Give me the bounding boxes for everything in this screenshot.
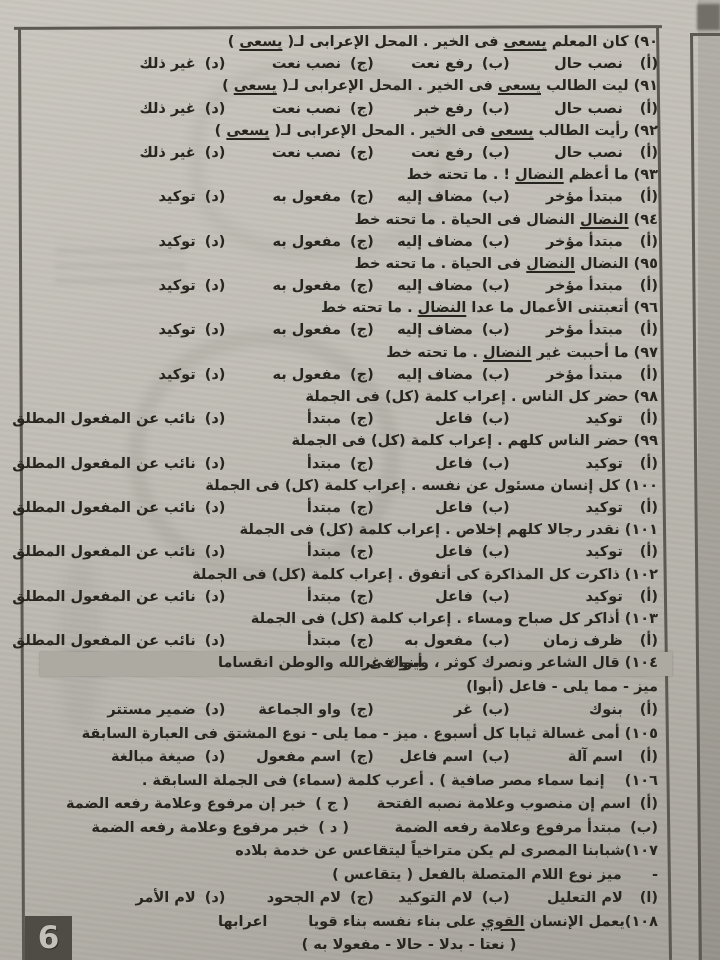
option-marker: (د): [205, 702, 226, 718]
option-label: نائب عن المفعول المطلق: [12, 633, 195, 649]
option-label: لام الجحود: [267, 890, 341, 906]
option-label: رفع خبر: [415, 101, 473, 117]
option: (د)صيغة مبالغة: [40, 746, 225, 770]
page-edge-shadow: [698, 0, 720, 960]
scan-corner-artifact: [697, 4, 720, 30]
option: (أ)مبتدأ مؤخر: [510, 231, 658, 253]
question-block: ١٠٧)شبابنا المصرى لم يكن متراخياً ليتقاع…: [40, 840, 658, 911]
option: (أ)بنوك: [510, 699, 658, 723]
option-label: مضاف إليه: [397, 322, 473, 338]
option-marker: (د): [205, 234, 226, 250]
option-label: اسم آلة: [568, 749, 623, 765]
option-label: واو الجماعة: [258, 702, 341, 718]
question-block: ٩٢) رأيت الطالب يسعى فى الخير . المحل ال…: [40, 120, 658, 164]
option: (أ)مبتدأ مؤخر: [510, 319, 658, 341]
question-block: ٩٩) حضر الناس كلهم . إعراب كلمة (كل) فى …: [40, 430, 658, 474]
option-marker: (أ): [640, 145, 658, 161]
option-label: غر: [454, 702, 473, 718]
question-text: ١٠٣) أذاكر كل صباح ومساء . إعراب كلمة (ك…: [40, 608, 658, 630]
option: (د)غير ذلك: [40, 142, 225, 164]
option-label: مبتدأ: [307, 456, 341, 472]
options-row: (أ)نصب حال(ب)رفع خبر(ج)نصب نعت(د)غير ذلك: [40, 98, 658, 120]
option-marker: (ب): [482, 145, 510, 161]
option-label: توكيد: [586, 456, 623, 472]
options-row: (ا)لام التعليل(ب)لام التوكيد(ج)لام الجحو…: [40, 887, 658, 911]
option: (أ)مبتدأ مؤخر: [510, 275, 658, 297]
option-label: مفعول به: [272, 234, 341, 250]
option-marker: (ب): [482, 633, 510, 649]
question-block: ١٠١) نقدر رجالا كلهم إخلاص . إعراب كلمة …: [40, 519, 658, 563]
option-marker: (د): [205, 145, 226, 161]
question-block: ٩١) ليت الطالب يسعى فى الخير . المحل الإ…: [40, 75, 658, 119]
option-label: لام التعليل: [547, 890, 623, 906]
option-marker: (ج): [350, 456, 374, 472]
option-label: مفعول به: [272, 322, 341, 338]
option: (ا)لام التعليل: [510, 887, 658, 911]
option: (ب)مفعول به: [374, 630, 510, 652]
option: (ب)فاعل: [374, 586, 510, 608]
option-marker: (ج): [350, 189, 374, 205]
option-marker: (ج): [350, 544, 374, 560]
option-marker: (أ): [640, 544, 658, 560]
option-marker: (د): [205, 500, 226, 516]
option-marker: (د): [205, 101, 226, 117]
scanned-exam-page: ٩٠) كان المعلم يسعى فى الخير . المحل الإ…: [0, 0, 720, 960]
question-block: ٩٧) ما أحببت غير النضال . ما تحته خط(أ)م…: [40, 342, 658, 386]
options-row: (أ)بنوك(ب)غر(ج)واو الجماعة(د)ضمير مستتر: [40, 699, 658, 723]
option-label: توكيد: [158, 322, 195, 338]
option: (ج)لام الجحود: [225, 887, 373, 911]
option-label: مبتدأ: [307, 500, 341, 516]
option-marker: (ب): [482, 234, 510, 250]
option-marker: (د): [205, 633, 226, 649]
option: (ج)مبتدأ: [225, 497, 373, 519]
option-marker: (ب): [630, 820, 658, 836]
option-label: فاعل: [435, 500, 473, 516]
option-label: نصب نعت: [272, 145, 341, 161]
option-marker: (ج): [350, 500, 374, 516]
option-label: نصب نعت: [272, 56, 341, 72]
option: (د)توكيد: [40, 319, 225, 341]
options-row: (أ)مبتدأ مؤخر(ب)مضاف إليه(ج)مفعول به(د)ت…: [40, 275, 658, 297]
option-label: صيغة مبالغة: [111, 749, 196, 765]
option: (د)نائب عن المفعول المطلق: [40, 497, 225, 519]
option-marker: (ج): [350, 278, 374, 294]
option: (ج)مبتدأ: [225, 630, 373, 652]
option-label: فاعل: [435, 456, 473, 472]
option-marker: (د): [205, 367, 226, 383]
option-marker: (د): [205, 189, 226, 205]
options-row: (أ)ظرف زمان(ب)مفعول به(ج)مبتدأ(د)نائب عن…: [40, 630, 658, 652]
option-marker: (ب): [482, 749, 510, 765]
option: (أ)توكيد: [510, 541, 658, 563]
option: (د)غير ذلك: [40, 53, 225, 75]
option: (د)توكيد: [40, 231, 225, 253]
option-marker: (أ): [640, 278, 658, 294]
option: (ج)مفعول به: [225, 275, 373, 297]
option-marker: (د): [205, 411, 226, 427]
question-side-text: أبوا فى الله والوطن انقساما: [218, 652, 423, 676]
option: (ب)غر: [374, 699, 510, 723]
option-marker: (ب): [482, 278, 510, 294]
sub-question-text: ميز - مما يلى - فاعل (أبوا): [40, 676, 658, 700]
option-label: رفع نعت: [411, 145, 473, 161]
question-block: ١٠٢) ذاكرت كل المذاكرة كى أتفوق . إعراب …: [40, 564, 658, 608]
option-label: توكيد: [158, 367, 195, 383]
option-marker: (ب): [482, 411, 510, 427]
question-block: ٩٣) ما أعظم النضال ! . ما تحته خط(أ)مبتد…: [40, 164, 658, 208]
option-marker: (أ): [640, 367, 658, 383]
option: (ب)فاعل: [374, 541, 510, 563]
option: (أ)ظرف زمان: [510, 630, 658, 652]
options-pair-row: (أ)اسم إن منصوب وعلامة نصبه الفتحة( ج )خ…: [40, 793, 658, 817]
option-marker: (ا): [640, 890, 658, 906]
option-marker: (أ): [640, 234, 658, 250]
option-label: توكيد: [586, 589, 623, 605]
option-label: نصب حال: [554, 56, 623, 72]
question-block: ١٠٨)يعمل الإنسان القوي على بناء نفسه بنا…: [40, 911, 658, 958]
option-marker: (د): [205, 456, 226, 472]
option-label: مبتدأ: [307, 411, 341, 427]
option-label: مضاف إليه: [397, 234, 473, 250]
option-marker: (ج): [350, 633, 374, 649]
sub-question-text: - ميز نوع اللام المتصلة بالفعل ( يتقاعس …: [40, 864, 658, 888]
option-label: نصب حال: [554, 101, 623, 117]
option-marker: (د): [205, 749, 226, 765]
question-text: ١٠٢) ذاكرت كل المذاكرة كى أتفوق . إعراب …: [40, 564, 658, 586]
option-marker: (د): [205, 589, 226, 605]
option-label: نائب عن المفعول المطلق: [12, 411, 195, 427]
option: (أ)توكيد: [510, 497, 658, 519]
question-block: ١٠٤) قال الشاعر ونصرك كوثر ، وبنوك غرأبو…: [40, 652, 658, 723]
option: (ب)اسم فاعل: [374, 746, 510, 770]
option: (أ)اسم آلة: [510, 746, 658, 770]
options-row: (أ)نصب حال(ب)رفع نعت(ج)نصب نعت(د)غير ذلك: [40, 142, 658, 164]
question-text: ١٠٨)يعمل الإنسان القوي على بناء نفسه بنا…: [40, 911, 658, 935]
question-text: ١٠٠) كل إنسان مسئول عن نفسه . إعراب كلمة…: [40, 475, 658, 497]
options-row: (أ)توكيد(ب)فاعل(ج)مبتدأ(د)نائب عن المفعو…: [40, 453, 658, 475]
option: (ب)فاعل: [374, 497, 510, 519]
option: (د)نائب عن المفعول المطلق: [40, 541, 225, 563]
option-marker: (ج): [350, 702, 374, 718]
option: (ج)مفعول به: [225, 186, 373, 208]
option-marker: (أ): [640, 702, 658, 718]
option: (ب)فاعل: [374, 408, 510, 430]
option-label: مفعول به: [272, 278, 341, 294]
option: (ج)نصب نعت: [225, 98, 373, 120]
option: (د)نائب عن المفعول المطلق: [40, 453, 225, 475]
option: (ج)اسم مفعول: [225, 746, 373, 770]
option-label: توكيد: [158, 278, 195, 294]
questions-column: ٩٠) كان المعلم يسعى فى الخير . المحل الإ…: [40, 31, 658, 958]
option: ( ج )خبر إن مرفوع وعلامة رفعه الضمة: [40, 793, 349, 817]
option: (ج)مفعول به: [225, 319, 373, 341]
option: (ج)مبتدأ: [225, 453, 373, 475]
option: (ب)مضاف إليه: [374, 319, 510, 341]
question-block: ١٠٥) أمى غسالة ثيابا كل أسبوع . ميز - مم…: [40, 723, 658, 770]
option: ( د )خبر مرفوع وعلامة رفعه الضمة: [40, 817, 349, 841]
options-row: (أ)نصب حال(ب)رفع نعت(ج)نصب نعت(د)غير ذلك: [40, 53, 658, 75]
option: (ب)لام التوكيد: [374, 887, 510, 911]
option-label: مبتدأ مؤخر: [546, 367, 623, 383]
option-marker: (ب): [482, 367, 510, 383]
option-label: مبتدأ مرفوع وعلامة رفعه الضمة: [395, 820, 622, 836]
question-text: ٩٩) حضر الناس كلهم . إعراب كلمة (كل) فى …: [40, 430, 658, 452]
option-label: توكيد: [158, 189, 195, 205]
option-marker: (ج): [350, 145, 374, 161]
options-row: (أ)مبتدأ مؤخر(ب)مضاف إليه(ج)مفعول به(د)ت…: [40, 231, 658, 253]
option-marker: (أ): [640, 749, 658, 765]
option-label: اسم مفعول: [256, 749, 341, 765]
option-marker: (ب): [482, 456, 510, 472]
option-label: مبتدأ مؤخر: [546, 322, 623, 338]
options-row: (أ)توكيد(ب)فاعل(ج)مبتدأ(د)نائب عن المفعو…: [40, 541, 658, 563]
option-label: مضاف إليه: [397, 189, 473, 205]
option-marker: ( ج ): [315, 796, 349, 812]
option-marker: (ج): [350, 101, 374, 117]
option: (د)نائب عن المفعول المطلق: [40, 586, 225, 608]
option-label: نائب عن المفعول المطلق: [12, 544, 195, 560]
option: (ب)مبتدأ مرفوع وعلامة رفعه الضمة: [349, 817, 658, 841]
question-block: ٩٠) كان المعلم يسعى فى الخير . المحل الإ…: [40, 31, 658, 75]
option-label: مبتدأ مؤخر: [546, 234, 623, 250]
option-label: فاعل: [435, 544, 473, 560]
options-row: (أ)مبتدأ مؤخر(ب)مضاف إليه(ج)مفعول به(د)ت…: [40, 319, 658, 341]
options-row: (أ)اسم آلة(ب)اسم فاعل(ج)اسم مفعول(د)صيغة…: [40, 746, 658, 770]
page-number: 6: [38, 920, 60, 956]
options-row: (أ)توكيد(ب)فاعل(ج)مبتدأ(د)نائب عن المفعو…: [40, 408, 658, 430]
option-marker: (ب): [482, 500, 510, 516]
option-marker: (د): [205, 56, 226, 72]
option-label: مبتدأ: [307, 589, 341, 605]
option-label: غير ذلك: [139, 101, 195, 117]
question-text: ١٠٥) أمى غسالة ثيابا كل أسبوع . ميز - مم…: [40, 723, 658, 747]
option: (ج)مبتدأ: [225, 541, 373, 563]
option: (د)توكيد: [40, 275, 225, 297]
option-label: نائب عن المفعول المطلق: [12, 500, 195, 516]
option-marker: (ج): [350, 749, 374, 765]
option-label: مبتدأ: [307, 544, 341, 560]
option-marker: (ج): [350, 411, 374, 427]
option-label: مبتدأ: [307, 633, 341, 649]
question-block: ٩٤) النضال النضال فى الحياة . ما تحته خط…: [40, 209, 658, 253]
option: (ج)نصب نعت: [225, 142, 373, 164]
question-text: ٩٥) النضال النضال فى الحياة . ما تحته خط: [40, 253, 658, 275]
option-marker: (د): [205, 322, 226, 338]
option-label: بنوك: [589, 702, 623, 718]
option-label: ضمير مستتر: [107, 702, 195, 718]
option: (د)توكيد: [40, 364, 225, 386]
option-marker: (ب): [482, 702, 510, 718]
option-marker: (أ): [640, 101, 658, 117]
option: (ب)رفع نعت: [374, 53, 510, 75]
option-marker: (ب): [482, 101, 510, 117]
option-marker: (أ): [640, 322, 658, 338]
question-side-text: اعرابها: [218, 911, 267, 935]
option: (د)لام الأمر: [40, 887, 225, 911]
option-marker: (ج): [350, 56, 374, 72]
options-row: (أ)مبتدأ مؤخر(ب)مضاف إليه(ج)مفعول به(د)ت…: [40, 186, 658, 208]
option-marker: (أ): [640, 589, 658, 605]
option-marker: (ب): [482, 56, 510, 72]
option: (أ)توكيد: [510, 586, 658, 608]
options-row: (أ)توكيد(ب)فاعل(ج)مبتدأ(د)نائب عن المفعو…: [40, 586, 658, 608]
option-label: مبتدأ مؤخر: [546, 278, 623, 294]
option: (أ)مبتدأ مؤخر: [510, 186, 658, 208]
option-marker: (ب): [482, 589, 510, 605]
options-pair-row: (ب)مبتدأ مرفوع وعلامة رفعه الضمة( د )خبر…: [40, 817, 658, 841]
option-marker: (ج): [350, 890, 374, 906]
option: (ب)رفع خبر: [374, 98, 510, 120]
option-label: مفعول به: [272, 189, 341, 205]
question-block: ٩٥) النضال النضال فى الحياة . ما تحته خط…: [40, 253, 658, 297]
question-text: ٩٣) ما أعظم النضال ! . ما تحته خط: [40, 164, 658, 186]
option-marker: ( د ): [318, 820, 349, 836]
option-marker: (ج): [350, 367, 374, 383]
option: (د)ضمير مستتر: [40, 699, 225, 723]
option-label: ظرف زمان: [543, 633, 623, 649]
option: (أ)توكيد: [510, 408, 658, 430]
question-block: ٩٦) أتعبتنى الأعمال ما عدا النضال . ما ت…: [40, 297, 658, 341]
option: (ج)مفعول به: [225, 231, 373, 253]
option: (ب)مضاف إليه: [374, 186, 510, 208]
option-marker: (ب): [482, 544, 510, 560]
option-label: لام التوكيد: [398, 890, 473, 906]
question-block: ٩٨) حضر كل الناس . إعراب كلمة (كل) فى ال…: [40, 386, 658, 430]
question-text: ٩٠) كان المعلم يسعى فى الخير . المحل الإ…: [40, 31, 658, 53]
option-label: مضاف إليه: [397, 367, 473, 383]
option-label: توكيد: [158, 234, 195, 250]
frame-right-top-segment: [690, 33, 720, 36]
option-label: نصب نعت: [272, 101, 341, 117]
question-block: ١٠٣) أذاكر كل صباح ومساء . إعراب كلمة (ك…: [40, 608, 658, 652]
question-text: ٩٢) رأيت الطالب يسعى فى الخير . المحل ال…: [40, 120, 658, 142]
option: (ب)فاعل: [374, 453, 510, 475]
option-label: نائب عن المفعول المطلق: [12, 456, 195, 472]
option-label: غير ذلك: [139, 145, 195, 161]
option: (د)نائب عن المفعول المطلق: [40, 408, 225, 430]
option: (أ)مبتدأ مؤخر: [510, 364, 658, 386]
question-block: ١٠٦) إنما سماء مصر صافية ) . أعرب كلمة (…: [40, 770, 658, 841]
option: (د)توكيد: [40, 186, 225, 208]
option-label: اسم إن منصوب وعلامة نصبه الفتحة: [377, 796, 631, 812]
question-text: ٩٦) أتعبتنى الأعمال ما عدا النضال . ما ت…: [40, 297, 658, 319]
question-text: ١٠٤) قال الشاعر ونصرك كوثر ، وبنوك غرأبو…: [40, 652, 672, 676]
answers-choices-line: ( نعتا - بدلا - حالا - مفعولا به ): [40, 934, 658, 958]
option-label: نائب عن المفعول المطلق: [12, 589, 195, 605]
option-marker: (د): [205, 278, 226, 294]
option-label: توكيد: [586, 544, 623, 560]
question-text: ٩٨) حضر كل الناس . إعراب كلمة (كل) فى ال…: [40, 386, 658, 408]
option-marker: (ج): [350, 589, 374, 605]
question-text: ٩٤) النضال النضال فى الحياة . ما تحته خط: [40, 209, 658, 231]
option-marker: (أ): [640, 56, 658, 72]
frame-left-border: [18, 27, 25, 960]
option-label: فاعل: [435, 411, 473, 427]
option-marker: (ب): [482, 890, 510, 906]
option-label: توكيد: [586, 411, 623, 427]
option-label: غير ذلك: [139, 56, 195, 72]
option: (ج)مبتدأ: [225, 408, 373, 430]
option-marker: (أ): [640, 411, 658, 427]
option: (ج)نصب نعت: [225, 53, 373, 75]
option-label: خبر إن مرفوع وعلامة رفعه الضمة: [66, 796, 306, 812]
question-text: ٩٧) ما أحببت غير النضال . ما تحته خط: [40, 342, 658, 364]
option-marker: (أ): [640, 189, 658, 205]
options-row: (أ)مبتدأ مؤخر(ب)مضاف إليه(ج)مفعول به(د)ت…: [40, 364, 658, 386]
option-label: مفعول به: [404, 633, 473, 649]
option: (د)نائب عن المفعول المطلق: [40, 630, 225, 652]
option: (ب)مضاف إليه: [374, 231, 510, 253]
option-label: نصب حال: [554, 145, 623, 161]
option-label: خبر مرفوع وعلامة رفعه الضمة: [91, 820, 309, 836]
option-marker: (أ): [640, 633, 658, 649]
option-label: مضاف إليه: [397, 278, 473, 294]
option-label: لام الأمر: [135, 890, 195, 906]
option-label: مفعول به: [272, 367, 341, 383]
option: (ب)رفع نعت: [374, 142, 510, 164]
option-label: اسم فاعل: [399, 749, 472, 765]
frame-right-inner-border: [656, 27, 672, 960]
option: (ب)مضاف إليه: [374, 364, 510, 386]
option: (أ)اسم إن منصوب وعلامة نصبه الفتحة: [349, 793, 658, 817]
option: (أ)توكيد: [510, 453, 658, 475]
option-label: رفع نعت: [411, 56, 473, 72]
question-text: ٩١) ليت الطالب يسعى فى الخير . المحل الإ…: [40, 75, 658, 97]
option: (ب)مضاف إليه: [374, 275, 510, 297]
option-label: فاعل: [435, 589, 473, 605]
option-marker: (أ): [640, 456, 658, 472]
option-marker: (د): [205, 544, 226, 560]
options-row: (أ)توكيد(ب)فاعل(ج)مبتدأ(د)نائب عن المفعو…: [40, 497, 658, 519]
frame-top-border: [14, 25, 662, 30]
option: (ج)واو الجماعة: [225, 699, 373, 723]
option-marker: (أ): [640, 500, 658, 516]
question-block: ١٠٠) كل إنسان مسئول عن نفسه . إعراب كلمة…: [40, 475, 658, 519]
option-marker: (ب): [482, 322, 510, 338]
option-marker: (أ): [640, 796, 658, 812]
option-label: مبتدأ مؤخر: [546, 189, 623, 205]
option-marker: (ج): [350, 234, 374, 250]
question-text: ١٠٧)شبابنا المصرى لم يكن متراخياً ليتقاع…: [40, 840, 658, 864]
page-number-box: 6: [25, 916, 72, 960]
option-label: توكيد: [586, 500, 623, 516]
question-text: ١٠٦) إنما سماء مصر صافية ) . أعرب كلمة (…: [40, 770, 658, 794]
option-marker: (ب): [482, 189, 510, 205]
option: (ج)مفعول به: [225, 364, 373, 386]
question-text: ١٠١) نقدر رجالا كلهم إخلاص . إعراب كلمة …: [40, 519, 658, 541]
option: (أ)نصب حال: [510, 98, 658, 120]
option-marker: (د): [205, 890, 226, 906]
option: (د)غير ذلك: [40, 98, 225, 120]
option-marker: (ج): [350, 322, 374, 338]
option: (ج)مبتدأ: [225, 586, 373, 608]
option: (أ)نصب حال: [510, 142, 658, 164]
option: (أ)نصب حال: [510, 53, 658, 75]
